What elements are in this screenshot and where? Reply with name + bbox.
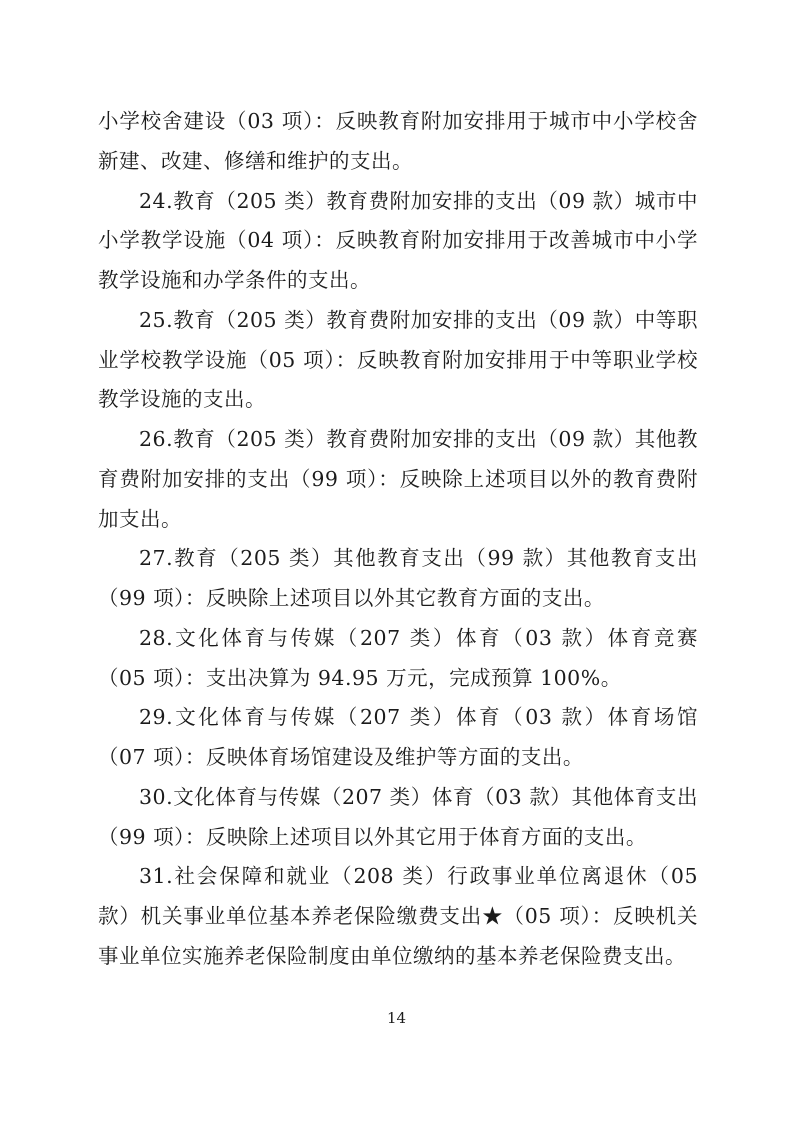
document-page: 小学校舍建设（03 项）：反映教育附加安排用于城市中小学校舍新建、改建、修缮和维… (0, 0, 793, 1122)
paragraph: 28.文化体育与传媒（207 类）体育（03 款）体育竞赛（05 项）：支出决算… (98, 619, 698, 699)
paragraph: 小学校舍建设（03 项）：反映教育附加安排用于城市中小学校舍新建、改建、修缮和维… (98, 102, 698, 182)
paragraph: 26.教育（205 类）教育费附加安排的支出（09 款）其他教育费附加安排的支出… (98, 420, 698, 539)
paragraph: 25.教育（205 类）教育费附加安排的支出（09 款）中等职业学校教学设施（0… (98, 301, 698, 420)
page-number: 14 (387, 1009, 406, 1027)
document-body: 小学校舍建设（03 项）：反映教育附加安排用于城市中小学校舍新建、改建、修缮和维… (98, 102, 698, 977)
paragraph: 27.教育（205 类）其他教育支出（99 款）其他教育支出（99 项）：反映除… (98, 539, 698, 619)
paragraph: 31.社会保障和就业（208 类）行政事业单位离退休（05 款）机关事业单位基本… (98, 857, 698, 976)
page-footer: 14 (0, 1008, 793, 1027)
paragraph: 30.文化体育与传媒（207 类）体育（03 款）其他体育支出（99 项）：反映… (98, 778, 698, 858)
paragraph: 24.教育（205 类）教育费附加安排的支出（09 款）城市中小学教学设施（04… (98, 182, 698, 301)
paragraph: 29.文化体育与传媒（207 类）体育（03 款）体育场馆（07 项）：反映体育… (98, 698, 698, 778)
